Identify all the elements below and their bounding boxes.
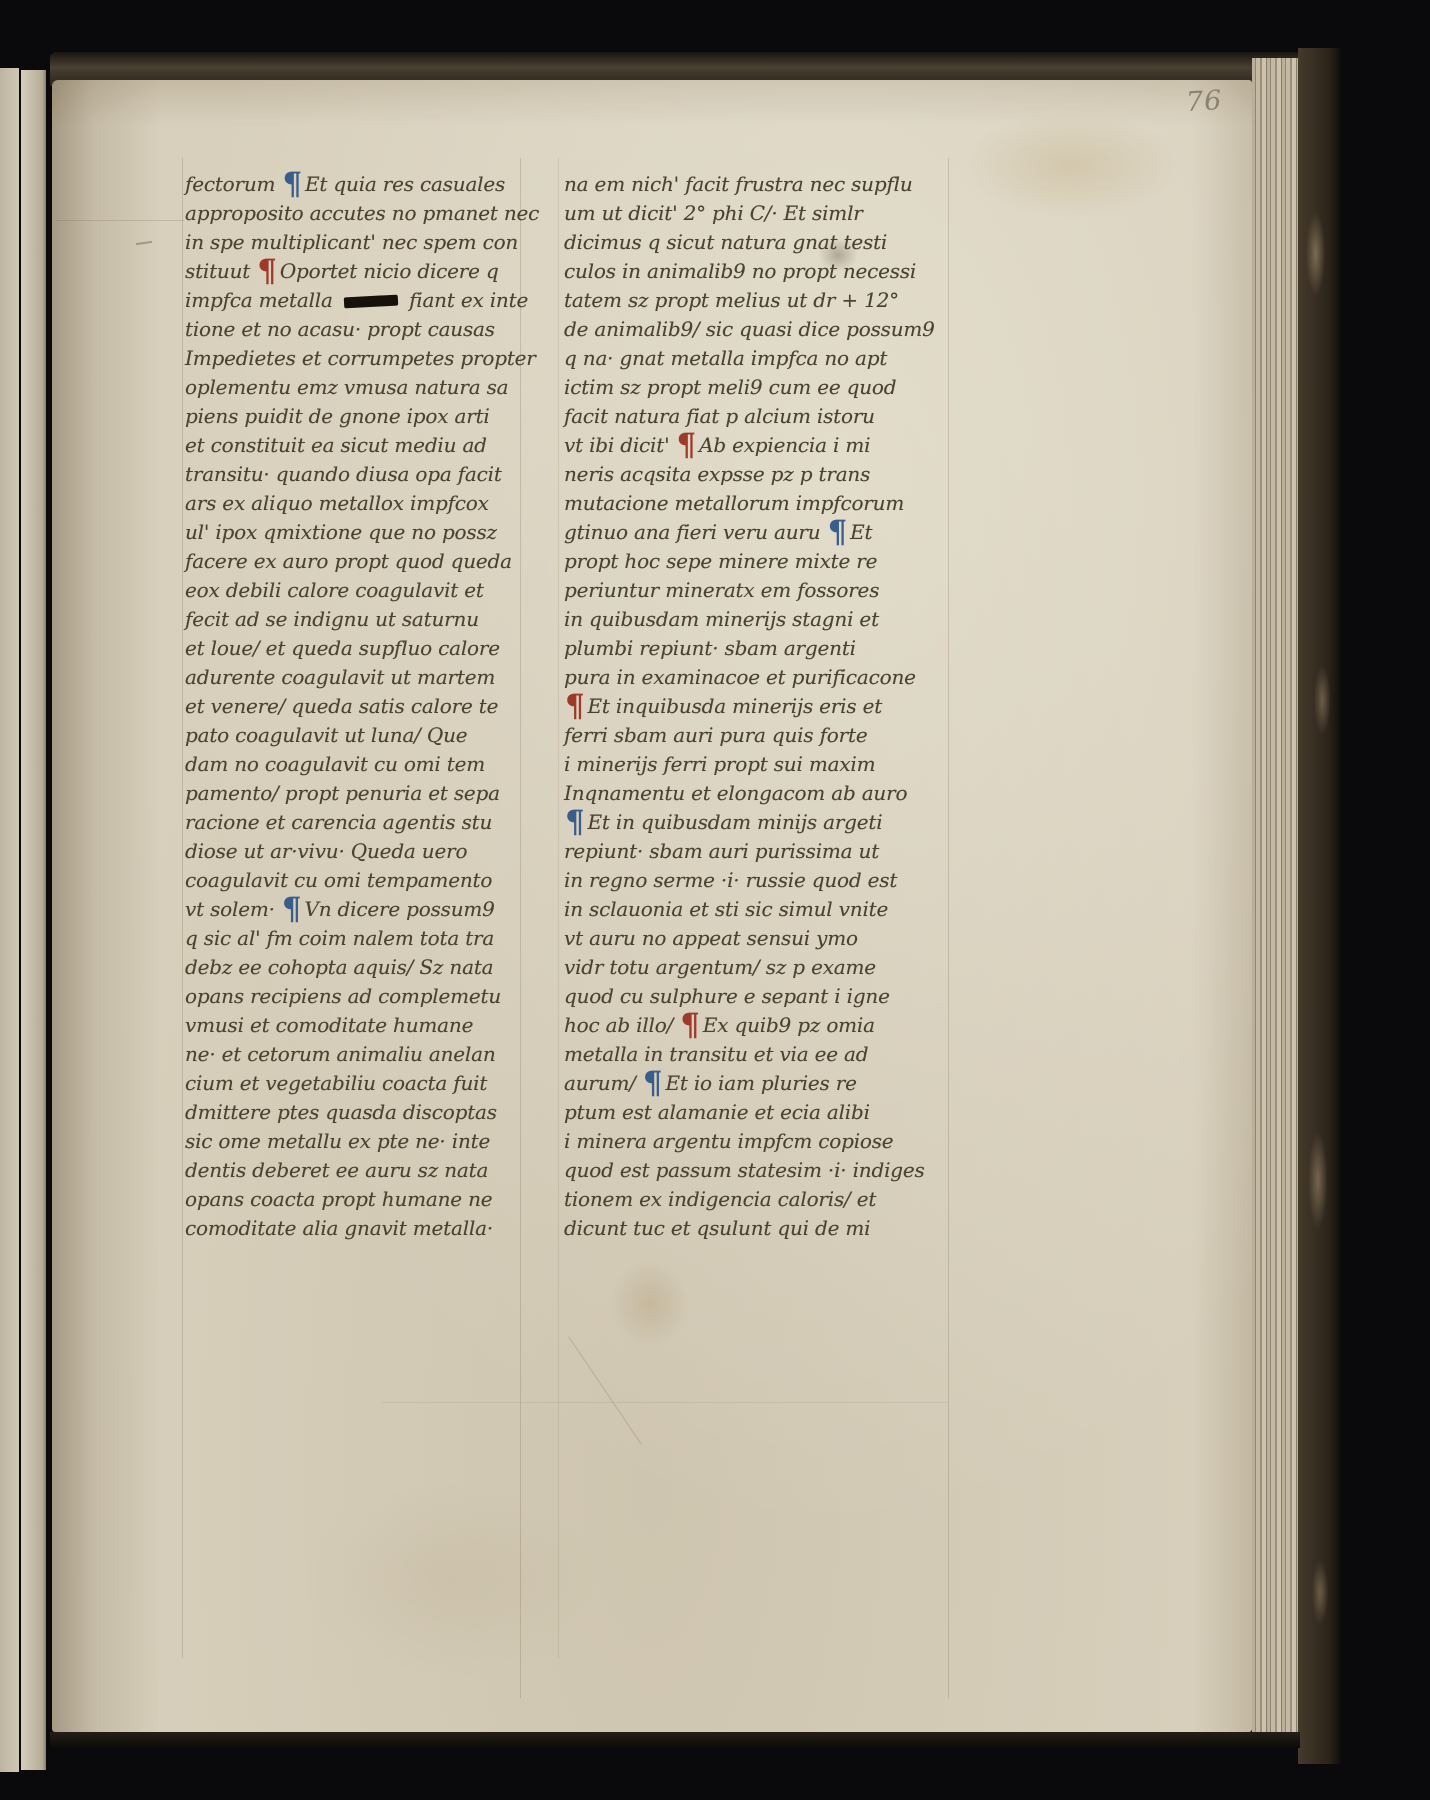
manuscript-line: pato coagulavit ut luna/ Que [185, 721, 515, 750]
manuscript-line: dmittere ptes quasda discoptas [185, 1098, 515, 1127]
manuscript-line: diose ut ar·vivu· Queda uero [185, 837, 515, 866]
pilcrow-blue: ¶ [642, 1065, 666, 1101]
pilcrow-red: ¶ [564, 688, 588, 724]
manuscript-line: vidr totu argentum/ sz p exame [564, 953, 940, 982]
manuscript-line: i minerijs ferri propt sui maxim [564, 750, 940, 779]
manuscript-line: aurum/ ¶Et io iam pluries re [564, 1069, 940, 1098]
manuscript-line: hoc ab illo/ ¶Ex quib9 pz omia [564, 1011, 940, 1040]
manuscript-line: ptum est alamanie et ecia alibi [564, 1098, 940, 1127]
facing-page-edge-inner [21, 70, 46, 1770]
manuscript-line: periuntur mineratx em fossores [564, 576, 940, 605]
manuscript-line: cium et vegetabiliu coacta fuit [185, 1069, 515, 1098]
manuscript-line: in sclauonia et sti sic simul vnite [564, 895, 940, 924]
manuscript-line: coagulavit cu omi tempamento [185, 866, 515, 895]
manuscript-line: propt hoc sepe minere mixte re [564, 547, 940, 576]
manuscript-line: ul' ipox qmixtione que no possz [185, 518, 515, 547]
manuscript-line: tatem sz propt melius ut dr + 12° [564, 286, 940, 315]
manuscript-line: q sic al' fm coim nalem tota tra [185, 924, 515, 953]
book-cover-right-edge [1298, 48, 1342, 1764]
book-cover-bottom-edge [50, 1732, 1300, 1748]
manuscript-line: debz ee cohopta aquis/ Sz nata [185, 953, 515, 982]
manuscript-line: sic ome metallu ex pte ne· inte [185, 1127, 515, 1156]
manuscript-line: ¶Et inquibusda minerijs eris et [564, 692, 940, 721]
ink-blot [344, 295, 399, 309]
manuscript-line: pamento/ propt penuria et sepa [185, 779, 515, 808]
pilcrow-red: ¶ [256, 253, 280, 289]
ruling-line-horizontal [382, 1402, 948, 1403]
manuscript-line: in regno serme ·i· russie quod est [564, 866, 940, 895]
manuscript-line: culos in animalib9 no propt necessi [564, 257, 940, 286]
pilcrow-blue: ¶ [827, 514, 851, 550]
manuscript-line: vt ibi dicit' ¶Ab expiencia i mi [564, 431, 940, 460]
manuscript-line: facit natura fiat p alcium istoru [564, 402, 940, 431]
manuscript-line: repiunt· sbam auri purissima ut [564, 837, 940, 866]
manuscript-line: et venere/ queda satis calore te [185, 692, 515, 721]
book-fore-edge-pages [1252, 58, 1298, 1734]
text-column-right: na em nich' facit frustra nec supfluum u… [564, 170, 940, 1243]
manuscript-line: mutacione metallorum impfcorum [564, 489, 940, 518]
manuscript-line: oplementu emz vmusa natura sa [185, 373, 515, 402]
pilcrow-blue: ¶ [281, 166, 305, 202]
manuscript-line: ars ex aliquo metallox impfcox [185, 489, 515, 518]
manuscript-line: et constituit ea sicut mediu ad [185, 431, 515, 460]
manuscript-line: i minera argentu impfcm copiose [564, 1127, 940, 1156]
ruling-line-vertical [948, 158, 949, 1698]
manuscript-line: pura in examinacoe et purificacone [564, 663, 940, 692]
manuscript-line: fecit ad se indignu ut saturnu [185, 605, 515, 634]
manuscript-line: vmusi et comoditate humane [185, 1011, 515, 1040]
manuscript-line: in spe multiplicant' nec spem con [185, 228, 515, 257]
ruling-line-vertical [520, 158, 521, 1698]
manuscript-line: de animalib9/ sic quasi dice possum9 [564, 315, 940, 344]
facing-page-edge [0, 68, 19, 1772]
manuscript-line: vt solem· ¶Vn dicere possum9 [185, 895, 515, 924]
manuscript-line: ¶Et in quibusdam minijs argeti [564, 808, 940, 837]
manuscript-line: dam no coagulavit cu omi tem [185, 750, 515, 779]
manuscript-line: ferri sbam auri pura quis forte [564, 721, 940, 750]
manuscript-line: adurente coagulavit ut martem [185, 663, 515, 692]
manuscript-line: opans recipiens ad complemetu [185, 982, 515, 1011]
manuscript-line: q na· gnat metalla impfca no apt [564, 344, 940, 373]
manuscript-line: tionem ex indigencia caloris/ et [564, 1185, 940, 1214]
pilcrow-red: ¶ [676, 427, 700, 463]
manuscript-line: Inqnamentu et elongacom ab auro [564, 779, 940, 808]
pilcrow-red: ¶ [679, 1007, 703, 1043]
text-column-left: fectorum ¶Et quia res casualesapproposit… [185, 170, 515, 1243]
ruling-line-vertical [558, 158, 559, 1658]
folio-number: 76 [1185, 85, 1223, 118]
ruling-line-vertical [182, 158, 183, 1658]
pilcrow-blue: ¶ [564, 804, 588, 840]
manuscript-line: neris acqsita expsse pz p trans [564, 460, 940, 489]
manuscript-line: plumbi repiunt· sbam argenti [564, 634, 940, 663]
manuscript-line: gtinuo ana fieri veru auru ¶Et [564, 518, 940, 547]
manuscript-line: dicunt tuc et qsulunt qui de mi [564, 1214, 940, 1243]
manuscript-line: quod cu sulphure e sepant i igne [564, 982, 940, 1011]
manuscript-line: na em nich' facit frustra nec supflu [564, 170, 940, 199]
manuscript-line: quod est passum statesim ·i· indiges [564, 1156, 940, 1185]
manuscript-line: dentis deberet ee auru sz nata [185, 1156, 515, 1185]
pilcrow-blue: ¶ [281, 891, 305, 927]
manuscript-line: transitu· quando diusa opa facit [185, 460, 515, 489]
manuscript-line: metalla in transitu et via ee ad [564, 1040, 940, 1069]
manuscript-line: comoditate alia gnavit metalla· [185, 1214, 515, 1243]
manuscript-line: ictim sz propt meli9 cum ee quod [564, 373, 940, 402]
manuscript-line: eox debili calore coagulavit et [185, 576, 515, 605]
manuscript-line: et loue/ et queda supfluo calore [185, 634, 515, 663]
manuscript-line: um ut dicit' 2° phi C/· Et simlr [564, 199, 940, 228]
manuscript-line: in quibusdam minerijs stagni et [564, 605, 940, 634]
ruling-line-horizontal [56, 220, 184, 221]
manuscript-line: fectorum ¶Et quia res casuales [185, 170, 515, 199]
manuscript-line: facere ex auro propt quod queda [185, 547, 515, 576]
manuscript-line: dicimus q sicut natura gnat testi [564, 228, 940, 257]
manuscript-line: vt auru no appeat sensui ymo [564, 924, 940, 953]
manuscript-photo: 76 fectorum ¶Et quia res casualesappropo… [0, 0, 1430, 1800]
manuscript-line: opans coacta propt humane ne [185, 1185, 515, 1214]
manuscript-line: tione et no acasu· propt causas [185, 315, 515, 344]
manuscript-line: piens puidit de gnone ipox arti [185, 402, 515, 431]
manuscript-line: ne· et cetorum animaliu anelan [185, 1040, 515, 1069]
manuscript-line: impfca metalla fiant ex inte [185, 286, 515, 315]
manuscript-line: Impedietes et corrumpetes propter [185, 344, 515, 373]
manuscript-line: approposito accutes no pmanet nec [185, 199, 515, 228]
manuscript-line: stituut ¶Oportet nicio dicere q [185, 257, 515, 286]
manuscript-line: racione et carencia agentis stu [185, 808, 515, 837]
